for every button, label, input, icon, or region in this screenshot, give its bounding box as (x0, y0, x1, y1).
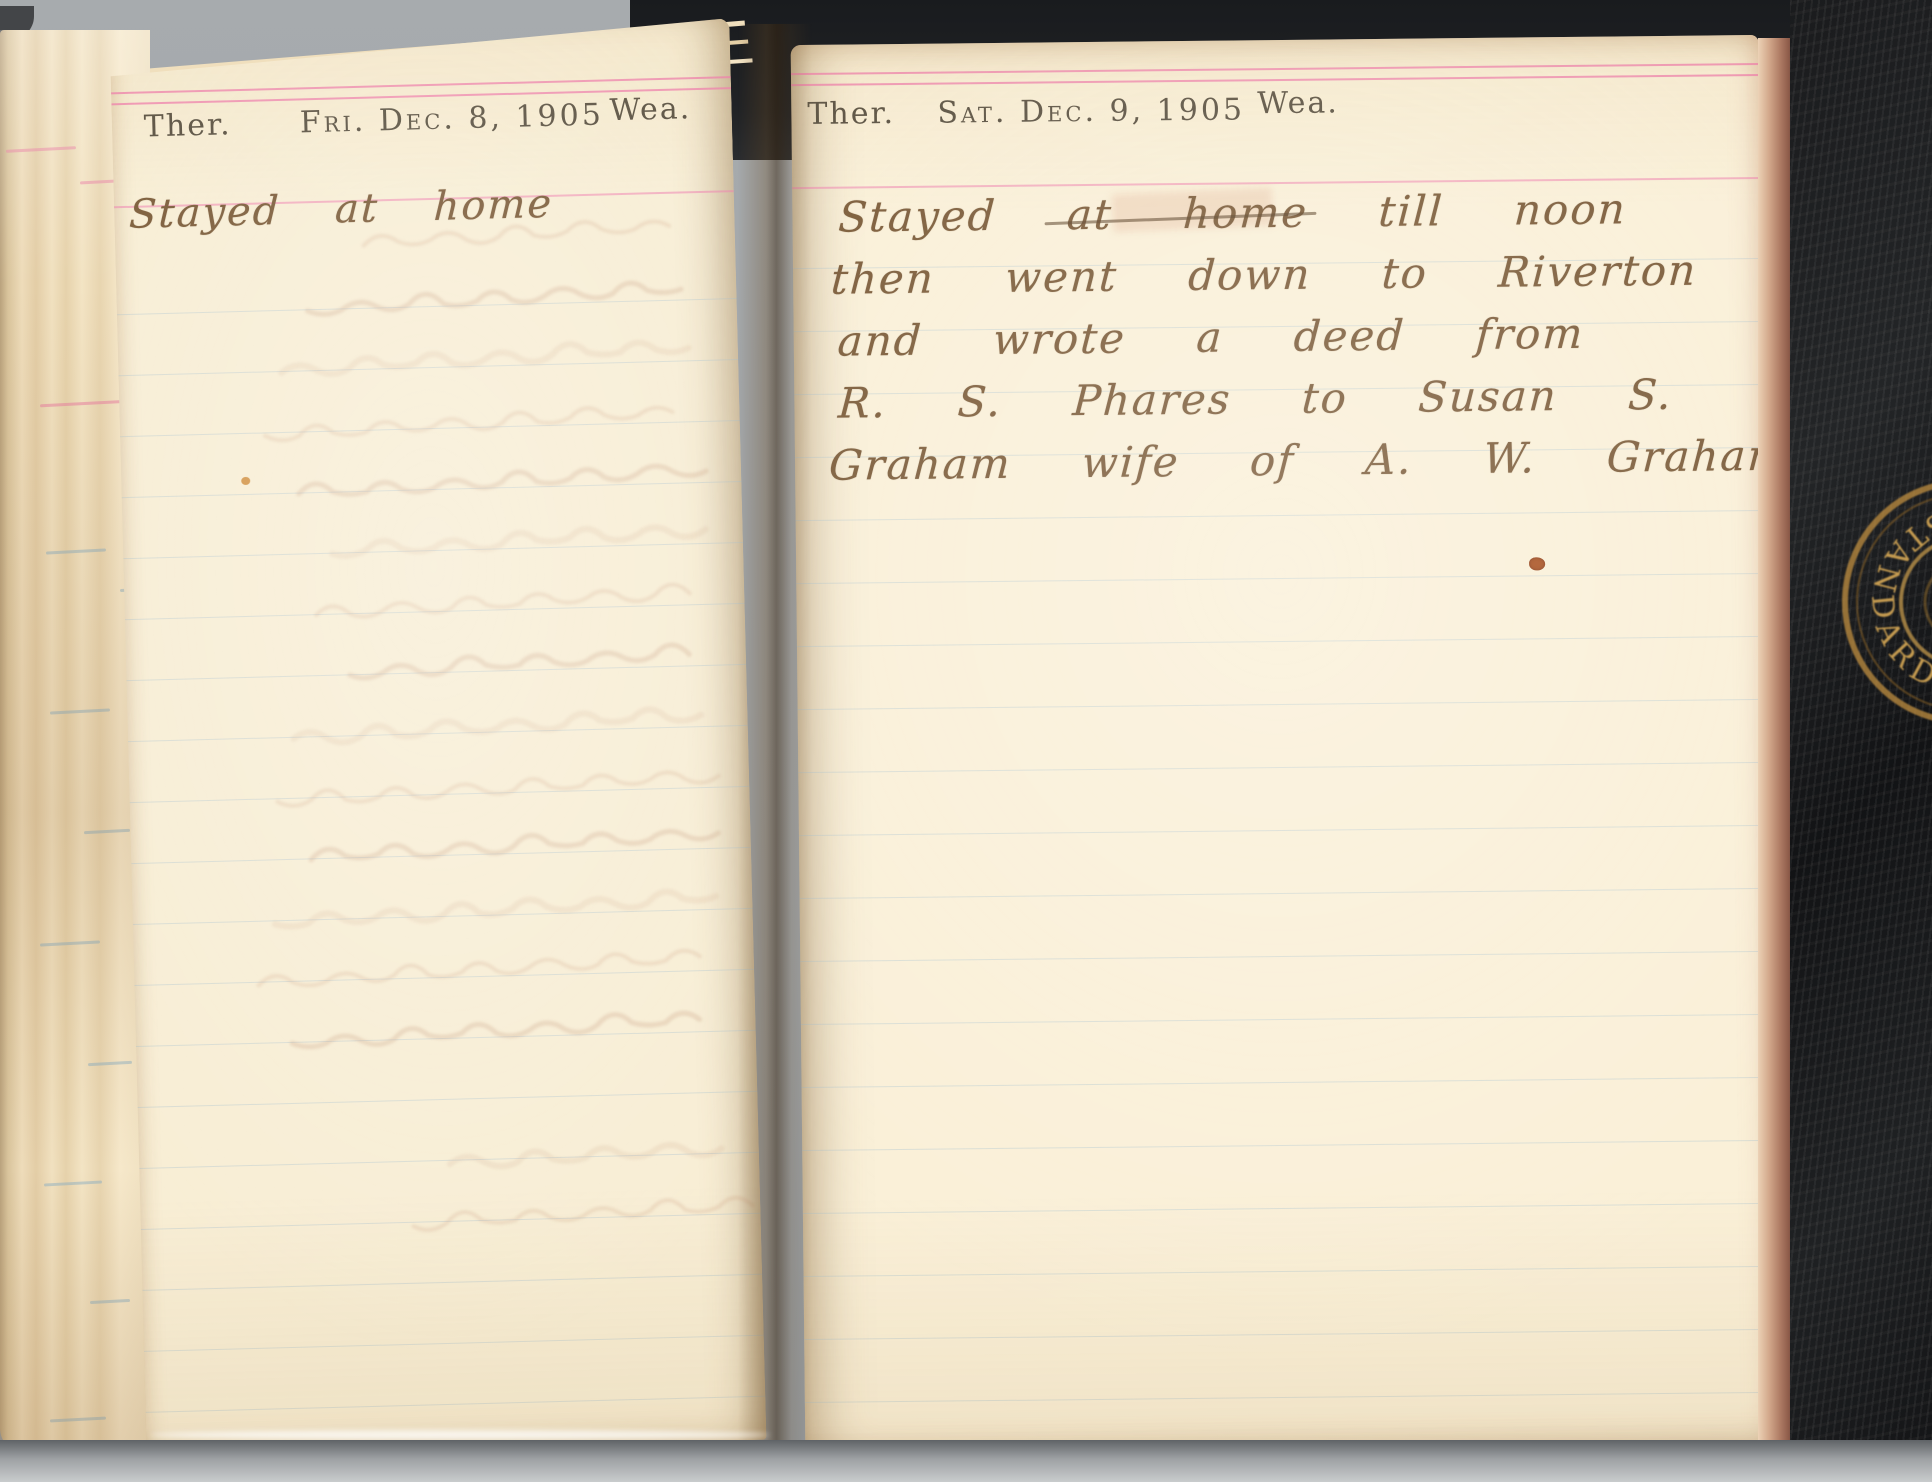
ruled-line (131, 847, 751, 864)
diary-entry-line: Stayed at home (128, 181, 554, 238)
ruled-line (134, 969, 754, 986)
ruled-line (800, 888, 1768, 899)
wrapped-rule-mark (90, 1299, 130, 1304)
bleed-through-line (277, 766, 719, 808)
ruled-line (802, 1140, 1770, 1151)
diary-entry-line: Stayed at home till noon (837, 184, 1628, 241)
ruled-line (136, 1030, 756, 1047)
ruled-line (128, 725, 748, 742)
wrapped-rule-mark (46, 548, 106, 554)
bleed-through-line (265, 403, 673, 443)
diary-page-left: Ther. Fri. Dec. 8, 1905 Wea. Stayed at h… (109, 18, 766, 1456)
ruled-line (130, 786, 750, 803)
ruled-line (801, 1014, 1769, 1025)
ink-blot (1529, 557, 1545, 570)
wrapped-rule-mark (44, 1180, 102, 1186)
ink-bleed-through (169, 203, 762, 1287)
bleed-through-line (292, 1009, 700, 1049)
ruled-line (138, 1091, 758, 1108)
ther-label: Ther. (143, 107, 232, 144)
right-page-edges (1758, 38, 1794, 1444)
table-surface (0, 1440, 1932, 1482)
ruled-line (120, 420, 740, 437)
bleed-through-line (349, 643, 689, 679)
ruled-line (117, 298, 737, 315)
ruled-line (126, 664, 746, 681)
ruled-line (798, 762, 1766, 773)
ruled-line (125, 603, 745, 620)
ruled-line (118, 359, 738, 376)
diary-entry-line: then went down to Riverton (830, 246, 1699, 304)
bleed-through-line (293, 706, 701, 746)
bleed-through-line (258, 948, 700, 989)
wrapped-rule-mark (40, 400, 130, 408)
bleed-through-line (310, 824, 718, 864)
ruled-line (804, 1266, 1772, 1277)
page-date: Fri. Dec. 8, 1905 (299, 97, 604, 140)
diary-entry-line: and wrote a deed from (836, 309, 1586, 366)
bleed-through-line (316, 584, 690, 621)
wea-label: Wea. (1257, 85, 1339, 121)
ther-label: Ther. (807, 96, 895, 132)
wrapped-rule-mark (88, 1061, 132, 1066)
bleed-through-line (450, 1140, 722, 1171)
wrapped-rule-mark (84, 829, 130, 834)
wrapped-rule-mark (40, 940, 100, 946)
bleed-through-line (274, 888, 716, 930)
ruled-line (123, 542, 743, 559)
ruled-line (797, 636, 1765, 647)
ruled-line (122, 481, 742, 498)
diary-entry-line: Graham wife of A. W. Graham. (828, 430, 1807, 489)
ruled-line (796, 573, 1764, 584)
wea-label: Wea. (609, 91, 691, 128)
bleed-through-line (413, 1195, 753, 1231)
ruled-line (802, 1077, 1770, 1088)
ruled-line (796, 510, 1764, 521)
stamp-text: STANDARD (1864, 505, 1932, 698)
ruled-line (142, 1274, 762, 1291)
diary-page-right: Ther. Sat. Dec. 9, 1905 Wea. Stayed at h… (791, 35, 1774, 1451)
ruled-line (803, 1203, 1771, 1214)
ruled-line (804, 1329, 1772, 1340)
scanner-glare (150, 1430, 770, 1440)
ruled-line (800, 951, 1768, 962)
header-rule (791, 63, 1759, 75)
ruled-line (141, 1213, 761, 1230)
paper-speck (241, 477, 250, 485)
book-cover: STANDARD (1790, 0, 1932, 1448)
header-rule (791, 74, 1759, 86)
ruled-line (799, 825, 1767, 836)
ruled-line (805, 1392, 1773, 1403)
bleed-through-line (332, 521, 706, 558)
diary-entry-line: R. S. Phares to Susan S. (837, 370, 1674, 428)
bleed-through-line (281, 337, 689, 377)
ruled-line (139, 1152, 759, 1169)
ruled-line (144, 1335, 764, 1352)
ruled-line (146, 1396, 766, 1413)
bleed-through-line (307, 279, 681, 316)
bleed-through-line (298, 460, 706, 499)
ruled-line (798, 699, 1766, 710)
ruled-line (133, 908, 753, 925)
wrapped-rule-mark (50, 708, 110, 714)
standard-gold-stamp: STANDARD (1810, 452, 1932, 752)
diary-photo: Ther. Fri. Dec. 8, 1905 Wea. Stayed at h… (0, 0, 1932, 1482)
wrapped-rule-mark (6, 146, 76, 153)
wrapped-rule-mark (50, 1417, 106, 1423)
page-date: Sat. Dec. 9, 1905 (937, 92, 1245, 130)
